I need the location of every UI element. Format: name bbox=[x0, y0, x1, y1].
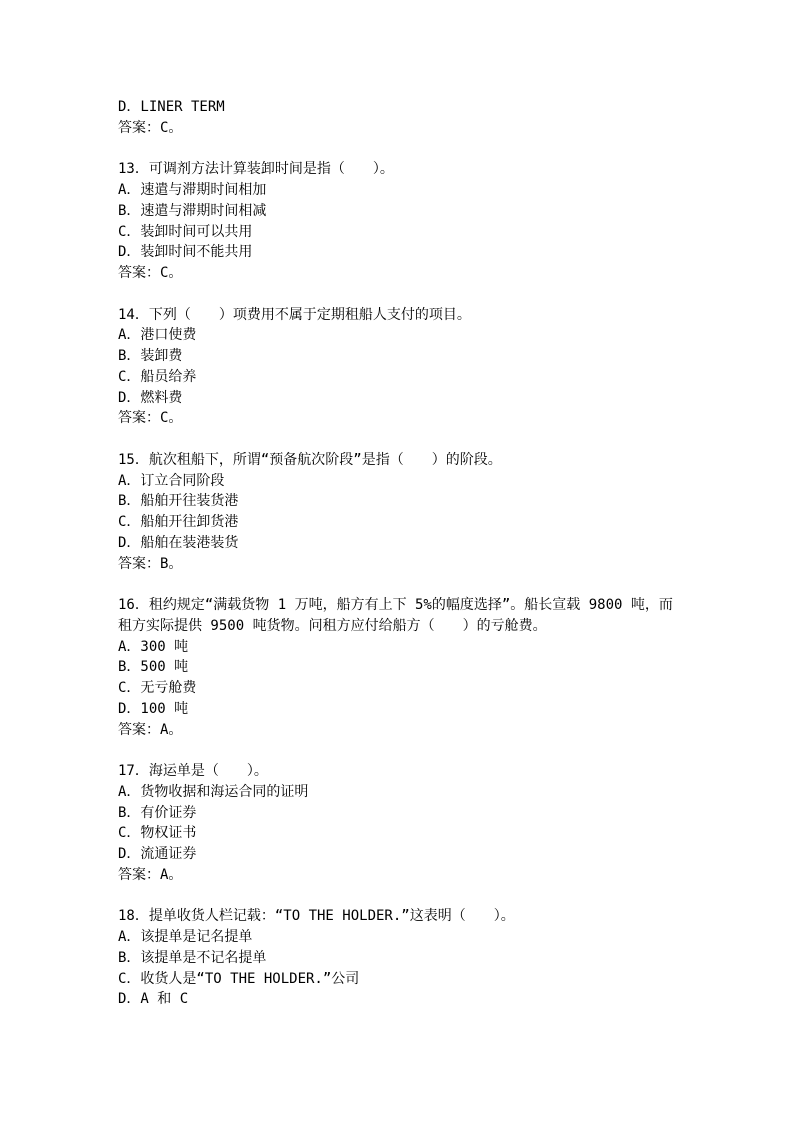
question-option: B．该提单是不记名提单 bbox=[118, 948, 675, 969]
question-option: A．该提单是记名提单 bbox=[118, 927, 675, 948]
question-option: D．LINER TERM bbox=[118, 97, 675, 118]
question-option: B．速遣与滞期时间相减 bbox=[118, 201, 675, 222]
question-block: 15．航次租船下，所谓“预备航次阶段”是指（ ）的阶段。A．订立合同阶段B．船舶… bbox=[118, 450, 675, 575]
question-option: D．流通证券 bbox=[118, 844, 675, 865]
question-option: A．订立合同阶段 bbox=[118, 471, 675, 492]
question-stem: 17．海运单是（ ）。 bbox=[118, 761, 675, 782]
question-option: A．港口使费 bbox=[118, 325, 675, 346]
question-stem: 18．提单收货人栏记载：“TO THE HOLDER.”这表明（ ）。 bbox=[118, 906, 675, 927]
question-block: 13．可调剂方法计算装卸时间是指（ ）。A．速遣与滞期时间相加B．速遣与滞期时间… bbox=[118, 159, 675, 284]
answer-line: 答案：B。 bbox=[118, 554, 675, 575]
question-option: D．燃料费 bbox=[118, 388, 675, 409]
question-option: C．船舶开往卸货港 bbox=[118, 512, 675, 533]
question-option: A．速遣与滞期时间相加 bbox=[118, 180, 675, 201]
question-option: D．装卸时间不能共用 bbox=[118, 242, 675, 263]
question-stem: 16．租约规定“满载货物 1 万吨，船方有上下 5%的幅度选择”。船长宣载 98… bbox=[118, 595, 675, 637]
question-option: D．100 吨 bbox=[118, 699, 675, 720]
question-block: 14．下列（ ）项费用不属于定期租船人支付的项目。A．港口使费B．装卸费C．船员… bbox=[118, 305, 675, 430]
answer-line: 答案：C。 bbox=[118, 408, 675, 429]
answer-line: 答案：A。 bbox=[118, 865, 675, 886]
question-continuation-block: D．LINER TERM答案：C。 bbox=[118, 97, 675, 139]
question-option: D．船舶在装港装货 bbox=[118, 533, 675, 554]
question-option: C．物权证书 bbox=[118, 823, 675, 844]
question-stem: 14．下列（ ）项费用不属于定期租船人支付的项目。 bbox=[118, 305, 675, 326]
question-option: B．500 吨 bbox=[118, 657, 675, 678]
answer-line: 答案：C。 bbox=[118, 263, 675, 284]
question-option: B．船舶开往装货港 bbox=[118, 491, 675, 512]
question-stem: 13．可调剂方法计算装卸时间是指（ ）。 bbox=[118, 159, 675, 180]
question-option: C．装卸时间可以共用 bbox=[118, 222, 675, 243]
question-option: C．船员给养 bbox=[118, 367, 675, 388]
document-page: D．LINER TERM答案：C。13．可调剂方法计算装卸时间是指（ ）。A．速… bbox=[0, 0, 794, 1123]
answer-line: 答案：C。 bbox=[118, 118, 675, 139]
question-option: D．A 和 C bbox=[118, 989, 675, 1010]
answer-line: 答案：A。 bbox=[118, 720, 675, 741]
question-option: C．收货人是“TO THE HOLDER.”公司 bbox=[118, 969, 675, 990]
question-stem: 15．航次租船下，所谓“预备航次阶段”是指（ ）的阶段。 bbox=[118, 450, 675, 471]
question-option: B．有价证券 bbox=[118, 803, 675, 824]
question-option: A．货物收据和海运合同的证明 bbox=[118, 782, 675, 803]
question-block: 17．海运单是（ ）。A．货物收据和海运合同的证明B．有价证券C．物权证书D．流… bbox=[118, 761, 675, 886]
question-block: 16．租约规定“满载货物 1 万吨，船方有上下 5%的幅度选择”。船长宣载 98… bbox=[118, 595, 675, 740]
question-option: C．无亏舱费 bbox=[118, 678, 675, 699]
question-option: B．装卸费 bbox=[118, 346, 675, 367]
question-option: A．300 吨 bbox=[118, 637, 675, 658]
document-content: D．LINER TERM答案：C。13．可调剂方法计算装卸时间是指（ ）。A．速… bbox=[118, 97, 675, 1031]
question-block: 18．提单收货人栏记载：“TO THE HOLDER.”这表明（ ）。A．该提单… bbox=[118, 906, 675, 1010]
